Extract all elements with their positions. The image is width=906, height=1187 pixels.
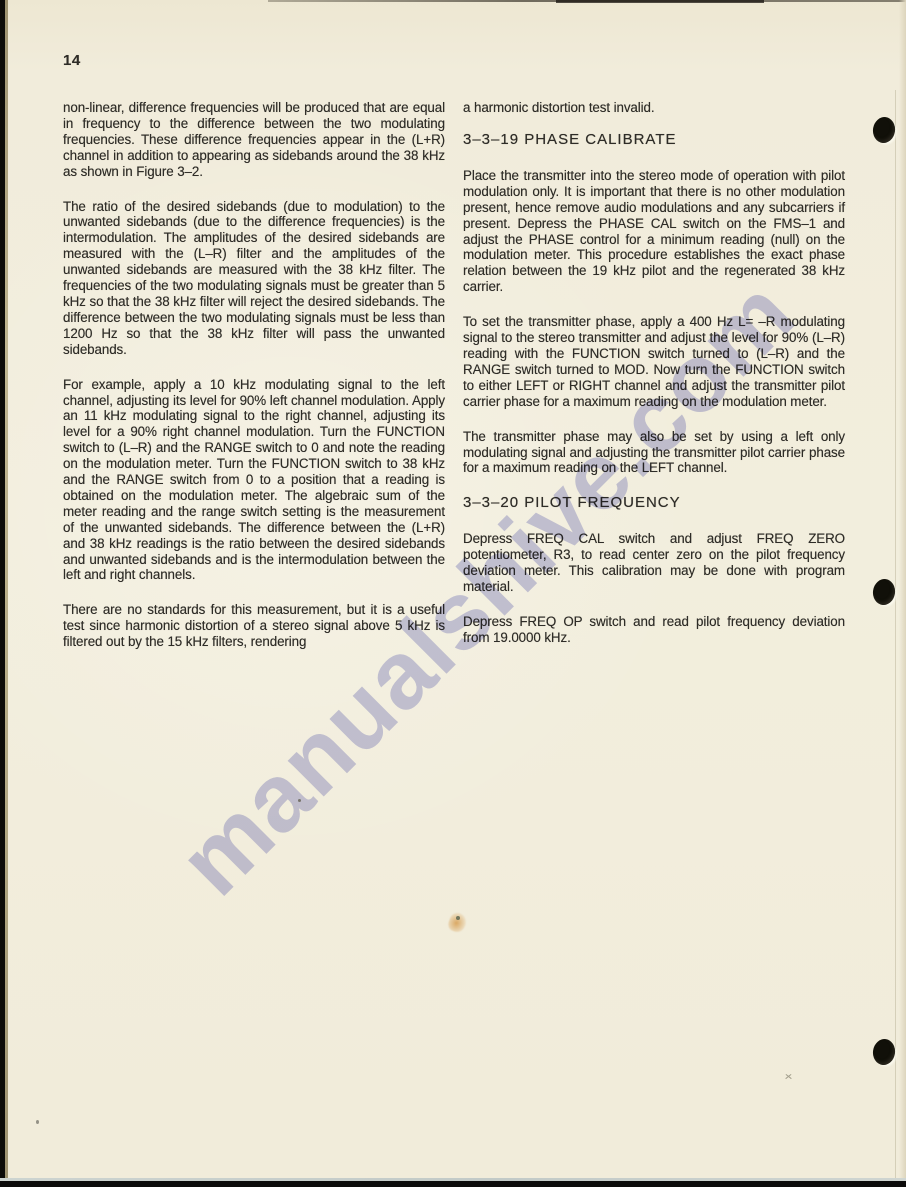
paragraph: To set the transmitter phase, apply a 40… <box>463 314 845 409</box>
page-edge-left-highlight <box>5 0 8 1187</box>
paper-smudge-speck <box>456 916 460 920</box>
page-edge-right-shade <box>899 0 906 1187</box>
paragraph: The ratio of the desired sidebands (due … <box>63 199 445 358</box>
section-heading-pilot-frequency: 3–3–20 PILOT FREQUENCY <box>463 495 845 511</box>
paragraph: Depress FREQ OP switch and read pilot fr… <box>463 614 845 646</box>
page-edge-bottom <box>0 1181 906 1187</box>
binding-hole-middle <box>871 578 896 607</box>
paragraph: For example, apply a 10 kHz modulating s… <box>63 377 445 584</box>
scanned-manual-page: 14 non-linear, difference frequencies wi… <box>0 0 906 1187</box>
paragraph: non-linear, difference frequencies will … <box>63 100 445 180</box>
paragraph: a harmonic distortion test invalid. <box>463 100 845 116</box>
paper-speck-corner <box>36 1120 39 1124</box>
paragraph: Depress FREQ CAL switch and adjust FREQ … <box>463 531 845 595</box>
paragraph: Place the transmitter into the stereo mo… <box>463 168 845 295</box>
column-right: a harmonic distortion test invalid. 3–3–… <box>463 100 845 665</box>
paper-smudge <box>446 911 468 935</box>
binding-hole-bottom <box>871 1038 896 1067</box>
binding-hole-top <box>871 116 896 145</box>
paper-speck-x <box>785 1073 792 1080</box>
column-left: non-linear, difference frequencies will … <box>63 100 445 669</box>
paragraph: The transmitter phase may also be set by… <box>463 429 845 477</box>
page-edge-top-dark-segment <box>556 0 764 3</box>
page-fold-line <box>895 90 896 1180</box>
section-heading-phase-calibrate: 3–3–19 PHASE CALIBRATE <box>463 132 845 148</box>
page-number: 14 <box>63 52 81 69</box>
paragraph: There are no standards for this measurem… <box>63 602 445 650</box>
paper-speck-dot <box>298 799 301 802</box>
